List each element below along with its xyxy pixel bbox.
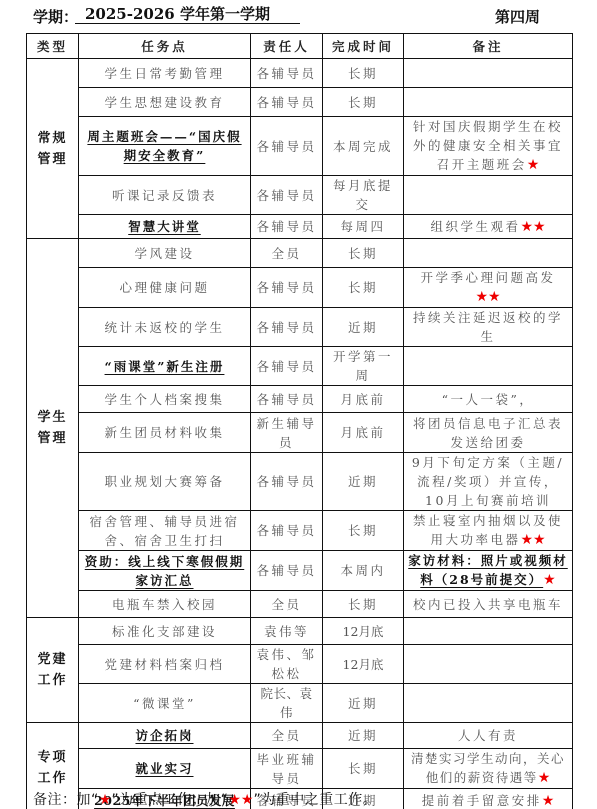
- note-cell: 清楚实习学生动向，关心他们的薪资待遇等★: [404, 749, 573, 789]
- task-emphasis: 就业实习: [135, 761, 193, 776]
- owner-cell: 各辅导员: [251, 308, 323, 347]
- task-cell: 心理健康问题: [79, 268, 251, 308]
- weekly-task-table: 类型 任务点 责任人 完成时间 备注 常规 管理 学生日常考勤管理 各辅导员 长…: [26, 33, 573, 809]
- time-cell: 12月底: [323, 618, 404, 645]
- note-cell: 提前着手留意安排★: [404, 789, 573, 809]
- time-cell: 近期: [323, 308, 404, 347]
- double-star-icon: ★★: [228, 792, 253, 808]
- note-cell: [404, 88, 573, 117]
- note-cell: 家访材料：照片或视频材料（28号前提交）★: [404, 551, 573, 591]
- column-header-type: 类型: [27, 34, 79, 59]
- task-cell: 宿舍管理、辅导员进宿舍、宿舍卫生打扫: [79, 511, 251, 551]
- note-cell: [404, 176, 573, 215]
- owner-cell: 各辅导员: [251, 386, 323, 413]
- note-cell: 开学季心理问题高发★★: [404, 268, 573, 308]
- owner-cell: 各辅导员: [251, 268, 323, 308]
- time-cell: 长期: [323, 59, 404, 88]
- time-cell: 近期: [323, 723, 404, 749]
- time-cell: 本周完成: [323, 117, 404, 176]
- document-header: 学期： 2025-2026 学年第一学期 第四周: [0, 2, 597, 30]
- type-cell-student: 学生 管理: [27, 239, 79, 618]
- time-cell: 长期: [323, 511, 404, 551]
- star-icon: ★: [99, 792, 112, 808]
- task-cell: 就业实习: [79, 749, 251, 789]
- owner-cell: 各辅导员: [251, 117, 323, 176]
- legend-footnote: 备注：加“★”为重点工作；加“★★”为重中之重工作。: [33, 789, 377, 809]
- week-label: 第四周: [495, 6, 540, 27]
- time-cell: 每周四: [323, 215, 404, 239]
- note-cell: 持续关注延迟返校的学生: [404, 308, 573, 347]
- task-cell: 电瓶车禁入校园: [79, 591, 251, 618]
- column-header-time: 完成时间: [323, 34, 404, 59]
- table-row: 学生 管理 学风建设 全员 长期: [27, 239, 573, 268]
- note-cell: 禁止寝室内抽烟以及使用大功率电器★★: [404, 511, 573, 551]
- term-label: 学期：: [33, 6, 78, 27]
- double-star-icon: ★★: [520, 219, 545, 235]
- table-row: 新生团员材料收集 新生辅导员 月底前 将团员信息电子汇总表发送给团委: [27, 413, 573, 453]
- double-star-icon: ★★: [520, 532, 545, 548]
- table-row: 就业实习 毕业班辅导员 长期 清楚实习学生动向，关心他们的薪资待遇等★: [27, 749, 573, 789]
- task-emphasis: 资助：线上线下寒假假期家访汇总: [85, 554, 245, 588]
- time-cell: 长期: [323, 239, 404, 268]
- column-header-task: 任务点: [79, 34, 251, 59]
- note-cell: 组织学生观看★★: [404, 215, 573, 239]
- time-cell: 长期: [323, 268, 404, 308]
- table-row: 学生个人档案搜集 各辅导员 月底前 “一人一袋”，: [27, 386, 573, 413]
- note-cell: “一人一袋”，: [404, 386, 573, 413]
- note-cell: 人人有责: [404, 723, 573, 749]
- owner-cell: 各辅导员: [251, 453, 323, 511]
- task-cell: 新生团员材料收集: [79, 413, 251, 453]
- task-cell: 学生思想建设教育: [79, 88, 251, 117]
- note-cell: 将团员信息电子汇总表发送给团委: [404, 413, 573, 453]
- task-cell: 周主题班会——“国庆假期安全教育”: [79, 117, 251, 176]
- note-cell: 针对国庆假期学生在校外的健康安全相关事宜召开主题班会★: [404, 117, 573, 176]
- table-row: 周主题班会——“国庆假期安全教育” 各辅导员 本周完成 针对国庆假期学生在校外的…: [27, 117, 573, 176]
- time-cell: 开学第一周: [323, 347, 404, 386]
- table-row: 统计未返校的学生 各辅导员 近期 持续关注延迟返校的学生: [27, 308, 573, 347]
- time-cell: 长期: [323, 749, 404, 789]
- task-cell: 资助：线上线下寒假假期家访汇总: [79, 551, 251, 591]
- table-row: 智慧大讲堂 各辅导员 每周四 组织学生观看★★: [27, 215, 573, 239]
- owner-cell: 毕业班辅导员: [251, 749, 323, 789]
- task-cell: “微课堂”: [79, 684, 251, 723]
- time-cell: 月底前: [323, 386, 404, 413]
- time-cell: 近期: [323, 453, 404, 511]
- term-value: 2025-2026 学年第一学期: [75, 6, 300, 24]
- table-row: 常规 管理 学生日常考勤管理 各辅导员 长期: [27, 59, 573, 88]
- task-cell: 职业规划大赛筹备: [79, 453, 251, 511]
- note-cell: 9月下旬定方案（主题/流程/奖项）并宣传，10月上旬赛前培训: [404, 453, 573, 511]
- star-icon: ★: [542, 793, 555, 809]
- table-row: 心理健康问题 各辅导员 长期 开学季心理问题高发★★: [27, 268, 573, 308]
- task-emphasis: 访企拓岗: [135, 728, 193, 743]
- note-cell: [404, 59, 573, 88]
- task-emphasis: “雨课堂”新生注册: [105, 359, 225, 374]
- table-row: “雨课堂”新生注册 各辅导员 开学第一周: [27, 347, 573, 386]
- note-cell: [404, 618, 573, 645]
- owner-cell: 全员: [251, 591, 323, 618]
- time-cell: 本周内: [323, 551, 404, 591]
- note-cell: [404, 239, 573, 268]
- task-cell: 学生个人档案搜集: [79, 386, 251, 413]
- task-cell: 访企拓岗: [79, 723, 251, 749]
- table-row: 党建 工作 标准化支部建设 袁伟等 12月底: [27, 618, 573, 645]
- table-row: 职业规划大赛筹备 各辅导员 近期 9月下旬定方案（主题/流程/奖项）并宣传，10…: [27, 453, 573, 511]
- note-cell: 校内已投入共享电瓶车: [404, 591, 573, 618]
- time-cell: 月底前: [323, 413, 404, 453]
- task-emphasis: 智慧大讲堂: [128, 219, 201, 234]
- note-cell: [404, 684, 573, 723]
- task-cell: 党建材料档案归档: [79, 645, 251, 684]
- task-cell: 标准化支部建设: [79, 618, 251, 645]
- time-cell: 每月底提交: [323, 176, 404, 215]
- owner-cell: 新生辅导员: [251, 413, 323, 453]
- owner-cell: 各辅导员: [251, 215, 323, 239]
- task-cell: 统计未返校的学生: [79, 308, 251, 347]
- owner-cell: 各辅导员: [251, 59, 323, 88]
- task-cell: 听课记录反馈表: [79, 176, 251, 215]
- table-row: 听课记录反馈表 各辅导员 每月底提交: [27, 176, 573, 215]
- task-cell: 学生日常考勤管理: [79, 59, 251, 88]
- table-row: 电瓶车禁入校园 全员 长期 校内已投入共享电瓶车: [27, 591, 573, 618]
- table-row: 资助：线上线下寒假假期家访汇总 各辅导员 本周内 家访材料：照片或视频材料（28…: [27, 551, 573, 591]
- task-cell: “雨课堂”新生注册: [79, 347, 251, 386]
- owner-cell: 袁伟、邹松松: [251, 645, 323, 684]
- column-header-note: 备注: [404, 34, 573, 59]
- task-emphasis: 周主题班会——“国庆假期安全教育”: [87, 129, 241, 163]
- table-row: 学生思想建设教育 各辅导员 长期: [27, 88, 573, 117]
- task-cell: 智慧大讲堂: [79, 215, 251, 239]
- note-cell: [404, 645, 573, 684]
- type-cell-party: 党建 工作: [27, 618, 79, 723]
- note-cell: [404, 347, 573, 386]
- column-header-owner: 责任人: [251, 34, 323, 59]
- time-cell: 近期: [323, 684, 404, 723]
- star-icon: ★: [543, 572, 556, 588]
- table-row: 宿舍管理、辅导员进宿舍、宿舍卫生打扫 各辅导员 长期 禁止寝室内抽烟以及使用大功…: [27, 511, 573, 551]
- time-cell: 12月底: [323, 645, 404, 684]
- table-row: “微课堂” 院长、袁伟 近期: [27, 684, 573, 723]
- owner-cell: 各辅导员: [251, 551, 323, 591]
- owner-cell: 各辅导员: [251, 511, 323, 551]
- time-cell: 长期: [323, 88, 404, 117]
- owner-cell: 各辅导员: [251, 347, 323, 386]
- star-icon: ★: [527, 157, 540, 173]
- type-cell-routine: 常规 管理: [27, 59, 79, 239]
- owner-cell: 全员: [251, 723, 323, 749]
- table-header-row: 类型 任务点 责任人 完成时间 备注: [27, 34, 573, 59]
- owner-cell: 袁伟等: [251, 618, 323, 645]
- owner-cell: 各辅导员: [251, 88, 323, 117]
- time-cell: 长期: [323, 591, 404, 618]
- star-icon: ★: [538, 770, 551, 786]
- double-star-icon: ★★: [475, 289, 500, 305]
- owner-cell: 全员: [251, 239, 323, 268]
- owner-cell: 院长、袁伟: [251, 684, 323, 723]
- table-row: 党建材料档案归档 袁伟、邹松松 12月底: [27, 645, 573, 684]
- table-row: 专项 工作 访企拓岗 全员 近期 人人有责: [27, 723, 573, 749]
- task-cell: 学风建设: [79, 239, 251, 268]
- owner-cell: 各辅导员: [251, 176, 323, 215]
